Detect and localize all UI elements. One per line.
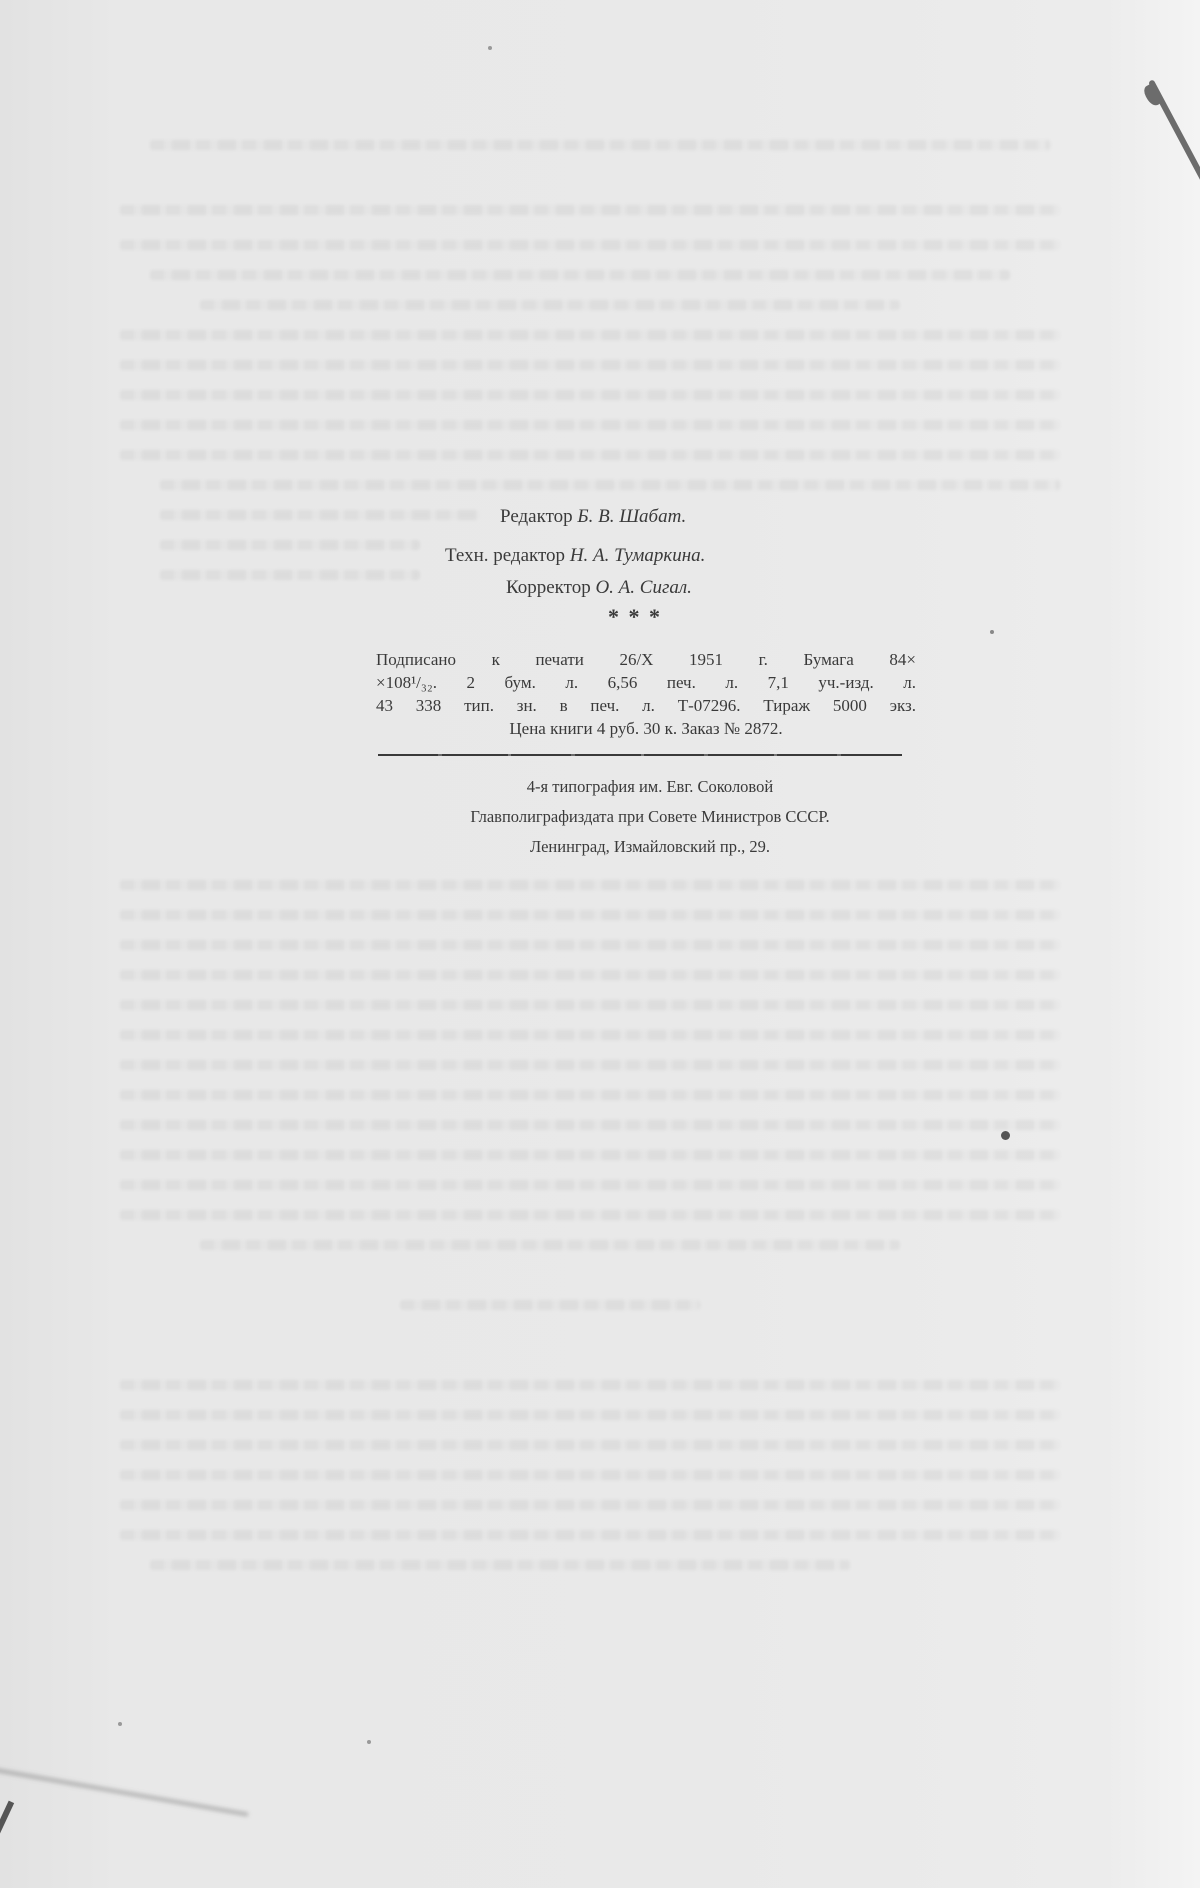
bleed-through-line xyxy=(150,270,1010,280)
bleed-through-line xyxy=(120,450,1060,460)
details-line: Цена книги 4 руб. 30 к. Заказ № 2872. xyxy=(376,717,916,740)
bleed-through-line xyxy=(120,1530,1060,1540)
bleed-through-line xyxy=(120,1500,1060,1510)
bleed-through-line xyxy=(120,1150,1060,1160)
bleed-through-line xyxy=(400,1300,700,1310)
bleed-through-line xyxy=(150,1560,850,1570)
bleed-through-line xyxy=(120,240,1060,250)
credit-name: Б. В. Шабат. xyxy=(577,506,686,527)
bleed-through-line xyxy=(120,330,1060,340)
credit-tech-editor: Техн. редактор Н. А. Тумаркина. xyxy=(445,545,705,567)
book-page: Редактор Б. В. Шабат. Техн. редактор Н. … xyxy=(0,0,1200,1888)
credit-role: Корректор xyxy=(506,577,591,598)
printer-info: 4-я типография им. Евг. Соколовой Главпо… xyxy=(360,772,940,862)
bleed-through-line xyxy=(120,1380,1060,1390)
ink-dot xyxy=(488,46,492,50)
page-fold-shadow xyxy=(0,1767,248,1816)
divider-rule xyxy=(378,754,902,756)
credit-role: Техн. редактор xyxy=(445,545,565,566)
bleed-through-line xyxy=(120,205,1060,215)
ink-dot xyxy=(1001,1131,1010,1140)
publication-details: Подписано к печати 26/X 1951 г. Бумага 8… xyxy=(376,648,916,740)
bleed-through-line xyxy=(120,880,1060,890)
bleed-through-line xyxy=(120,910,1060,920)
bleed-through-line xyxy=(160,570,420,580)
bleed-through-line xyxy=(120,970,1060,980)
details-line: 43 338 тип. зн. в печ. л. Т-07296. Тираж… xyxy=(376,694,916,717)
bleed-through-line xyxy=(120,360,1060,370)
bleed-through-line xyxy=(120,1210,1060,1220)
credit-name: О. А. Сигал. xyxy=(595,577,691,598)
bleed-through-line xyxy=(160,540,420,550)
bleed-through-line xyxy=(120,1000,1060,1010)
ink-dot xyxy=(118,1722,122,1726)
ink-dot xyxy=(990,630,994,634)
bleed-through-line xyxy=(120,390,1060,400)
bleed-through-line xyxy=(120,1090,1060,1100)
bleed-through-line xyxy=(160,510,480,520)
credit-name: Н. А. Тумаркина. xyxy=(570,545,706,566)
bleed-through-line xyxy=(120,940,1060,950)
bleed-through-line xyxy=(120,420,1060,430)
ink-dot xyxy=(367,1740,371,1744)
bleed-through-line xyxy=(200,300,900,310)
asterism-separator: * * * xyxy=(608,604,662,630)
bleed-through-line xyxy=(160,480,1060,490)
printer-line: Ленинград, Измайловский пр., 29. xyxy=(360,832,940,862)
printer-line: 4-я типография им. Евг. Соколовой xyxy=(360,772,940,802)
bleed-through-line xyxy=(120,1470,1060,1480)
bleed-through-line xyxy=(200,1240,900,1250)
ink-streak xyxy=(1148,79,1200,188)
details-line: ×108¹/₃₂. 2 бум. л. 6,56 печ. л. 7,1 уч.… xyxy=(376,671,916,694)
printer-line: Главполиграфиздата при Совете Министров … xyxy=(360,802,940,832)
bleed-through-line xyxy=(120,1180,1060,1190)
bleed-through-line xyxy=(120,1060,1060,1070)
page-edge-mark xyxy=(0,1801,14,1840)
bleed-through-line xyxy=(120,1120,1060,1130)
credit-editor: Редактор Б. В. Шабат. xyxy=(500,506,686,528)
bleed-through-line xyxy=(120,1440,1060,1450)
details-line: Подписано к печати 26/X 1951 г. Бумага 8… xyxy=(376,648,916,671)
bleed-through-line xyxy=(150,140,1050,150)
credit-role: Редактор xyxy=(500,506,573,527)
bleed-through-line xyxy=(120,1410,1060,1420)
credit-proofreader: Корректор О. А. Сигал. xyxy=(506,577,692,599)
bleed-through-line xyxy=(120,1030,1060,1040)
